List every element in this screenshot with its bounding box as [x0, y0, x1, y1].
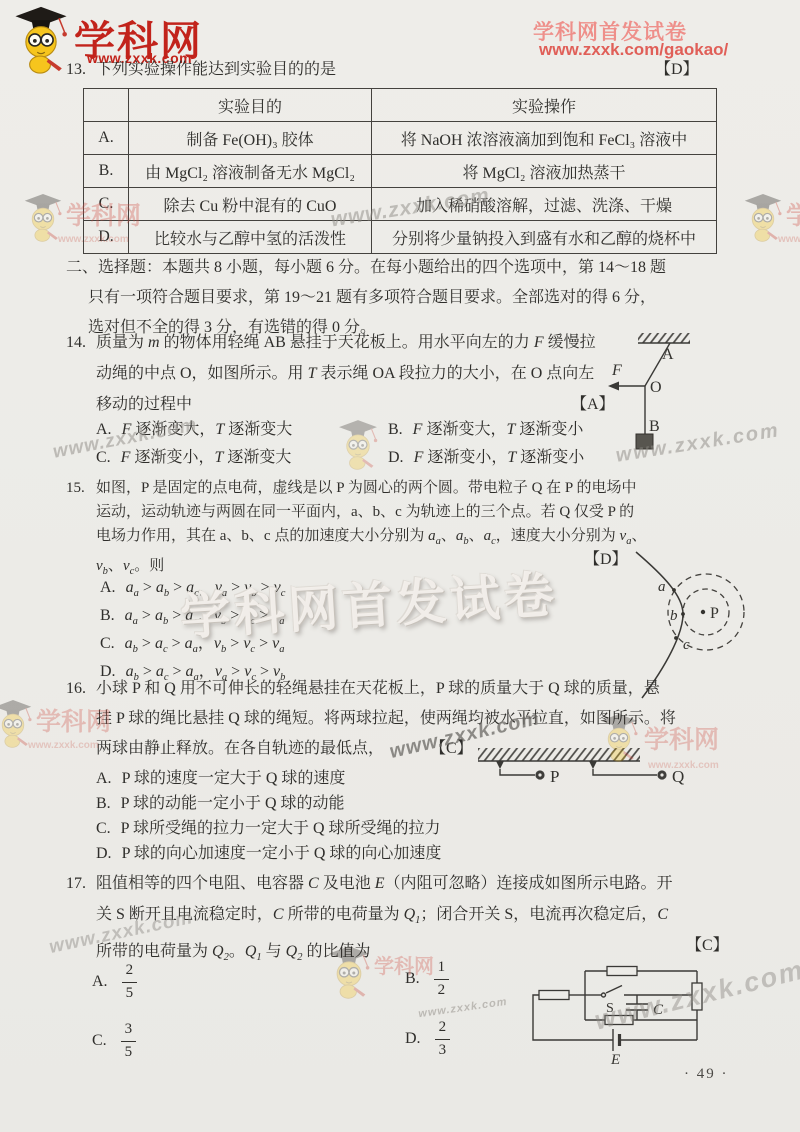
inner-dashed-circle [683, 589, 729, 635]
label-a: a [658, 579, 666, 595]
option-text: P 球的向心加速度一定小于 Q 球的向心加速度 [122, 845, 442, 862]
label-E: E [610, 1052, 620, 1068]
label-A: A [662, 346, 674, 363]
option-label: C. [96, 820, 111, 837]
q14-line: 动绳的中点 O，如图所示。用 T 表示绳 OA 段拉力的大小，在 O 点向左 [96, 358, 596, 389]
fraction: 35 [121, 1022, 137, 1060]
q17-option-c: C. 35 [92, 1022, 136, 1060]
row-operation: 将 NaOH 浓溶液滴加到饱和 FeCl₃ 溶液中 [372, 122, 717, 155]
option-label: C. [92, 1032, 107, 1050]
header-banner-url: www.zxxk.com/gaokao/ [539, 40, 728, 60]
q17-answer: 【C】 [686, 930, 729, 961]
label-P: P [550, 767, 559, 786]
label-B: B [649, 418, 660, 435]
section2-line: 只有一项符合题目要求，第 19～21 题有多项符合题目要求。全部选对的得 6 分… [88, 283, 666, 313]
option-label: B. [100, 607, 115, 624]
fraction: 25 [122, 963, 138, 1001]
option-text: P 球的速度一定大于 Q 球的速度 [122, 770, 346, 787]
q14-number: 14. [66, 327, 86, 358]
option-label: D. [96, 845, 112, 862]
row-purpose: 由 MgCl₂ 溶液制备无水 MgCl₂ [129, 155, 372, 188]
watermark-url: www.zxxk.com [778, 234, 800, 245]
q14-stem: 质量为 m 的物体用轻绳 AB 悬挂于天花板上。用水平向左的力 F 缓慢拉 动绳… [96, 327, 596, 420]
section2-line: 二、选择题：本题共 8 小题，每小题 6 分。在每小题给出的四个选项中，第 14… [66, 253, 666, 283]
q14-option-a: A.F 逐渐变大，T 逐渐变大 [96, 415, 292, 445]
watermark-brand: 学科网 [786, 196, 800, 232]
ceiling-hatch [478, 748, 640, 761]
option-label: D. [388, 449, 404, 466]
q15-number: 15. [66, 476, 85, 500]
row-operation: 分别将少量钠投入到盛有水和乙醇的烧杯中 [372, 221, 717, 254]
mascot-watermark-icon [22, 192, 64, 242]
denominator: 5 [121, 1041, 137, 1061]
watermark-cluster-top-left: 学科网 www.zxxk.com [22, 192, 64, 247]
q16-option-c: C.P 球所受绳的拉力一定大于 Q 球所受绳的拉力 [96, 816, 441, 841]
page-number: · 49 · [684, 1066, 729, 1083]
watermark-cluster-top-right: 学科网 www.zxxk.com [742, 192, 784, 247]
option-text: F 逐渐变小，T 逐渐变大 [121, 449, 292, 466]
resistor-left [539, 991, 569, 1000]
resistor-bottom [605, 1016, 633, 1025]
option-text: P 球的动能一定小于 Q 球的动能 [121, 795, 345, 812]
fraction: 23 [435, 1020, 451, 1058]
option-text: ab > ac > aa，vb > vc > va [125, 635, 285, 652]
switch-contact [602, 993, 606, 997]
q17-option-a: A. 25 [92, 963, 137, 1001]
q13-number: 13. [66, 55, 86, 85]
row-label: A. [84, 122, 129, 155]
q15-line: 如图，P 是固定的点电荷，虚线是以 P 为圆心的两个圆。带电粒子 Q 在 P 的… [96, 476, 646, 500]
numerator: 3 [121, 1022, 137, 1041]
option-label: D. [405, 1030, 421, 1048]
resistor-right [692, 983, 702, 1010]
q16-number: 16. [66, 674, 86, 704]
option-label: A. [96, 421, 112, 438]
q17-line: 关 S 断开且电流稳定时，C 所带的电荷量为 Q1；闭合开关 S，电流再次稳定后… [96, 899, 673, 936]
mascot-watermark-icon [336, 418, 380, 470]
row-label: B. [84, 155, 129, 188]
q14-figure-pendulum-rope: A F O B [600, 328, 710, 463]
ceiling-hatch [638, 333, 690, 343]
label-F: F [611, 362, 622, 379]
watermark-url: www.zxxk.com [418, 996, 509, 1020]
option-text: aa > ab > ac，vb > vc > va [125, 607, 285, 624]
label-O: O [650, 379, 662, 396]
corner-cell [84, 89, 129, 122]
option-label: C. [100, 635, 115, 652]
row-label: C. [84, 188, 129, 221]
q16-line: 小球 P 和 Q 用不可伸长的轻绳悬挂在天花板上，P 球的质量大于 Q 球的质量… [96, 674, 676, 704]
table-row-c: C. 除去 Cu 粉中混有的 CuO 加入稀硝酸溶解，过滤、洗涤、干燥 [84, 188, 717, 221]
q17-option-d: D. 23 [405, 1020, 450, 1058]
q16-answer: 【C】 [430, 734, 473, 764]
option-text: F 逐渐变大，T 逐渐变小 [413, 421, 584, 438]
table-header-row: 实验目的 实验操作 [84, 89, 717, 122]
q14-option-d: D.F 逐渐变小，T 逐渐变小 [388, 443, 584, 473]
row-operation: 将 MgCl₂ 溶液加热蒸干 [372, 155, 717, 188]
option-label: B. [388, 421, 403, 438]
q16-line: 挂 P 球的绳比悬挂 Q 球的绳短。将两球拉起，使两绳均被水平拉直，如图所示。将 [96, 704, 676, 734]
q16-option-b: B.P 球的动能一定小于 Q 球的动能 [96, 791, 345, 816]
table-row-d: D. 比较水与乙醇中氢的活泼性 分别将少量钠投入到盛有水和乙醇的烧杯中 [84, 221, 717, 254]
row-purpose: 制备 Fe(OH)₃ 胶体 [129, 122, 372, 155]
denominator: 2 [434, 979, 450, 999]
option-label: B. [405, 970, 420, 988]
watermark-mascot-mid [336, 418, 380, 475]
operation-header: 实验操作 [372, 89, 717, 122]
option-text: F 逐渐变大，T 逐渐变大 [122, 421, 293, 438]
label-S: S [606, 1001, 614, 1016]
resistor-top [607, 967, 637, 976]
q17-figure-circuit: S C E [525, 958, 775, 1078]
label-C: C [653, 1002, 664, 1018]
option-text: aa > ab > ac，va > vb > vc [126, 579, 286, 596]
numerator: 2 [435, 1020, 451, 1039]
purpose-header: 实验目的 [129, 89, 372, 122]
q16-option-a: A.P 球的速度一定大于 Q 球的速度 [96, 766, 345, 791]
row-purpose: 比较水与乙醇中氢的活泼性 [129, 221, 372, 254]
label-P: P [710, 605, 719, 622]
denominator: 5 [122, 982, 138, 1002]
zxxk-mascot-logo-icon [12, 4, 70, 74]
option-label: A. [100, 579, 116, 596]
label-Q: Q [672, 767, 684, 786]
q17-number: 17. [66, 868, 86, 899]
q14-line: 质量为 m 的物体用轻绳 AB 悬挂于天花板上。用水平向左的力 F 缓慢拉 [96, 327, 596, 358]
q15-line: 电场力作用，其在 a、b、c 点的加速度大小分别为 aa、ab、ac，速度大小分… [96, 524, 646, 554]
numerator: 1 [434, 960, 450, 979]
option-label: C. [96, 449, 111, 466]
mascot-watermark-icon [0, 698, 34, 748]
mascot-watermark-icon [742, 192, 784, 242]
exam-page: 学科网 www.zxxk.com 学科网首发试卷 www.zxxk.com/ga… [0, 0, 800, 1132]
denominator: 3 [435, 1039, 451, 1059]
row-label: D. [84, 221, 129, 254]
table-row-b: B. 由 MgCl₂ 溶液制备无水 MgCl₂ 将 MgCl₂ 溶液加热蒸干 [84, 155, 717, 188]
outer-dashed-circle [668, 574, 744, 650]
switch-lever [606, 986, 622, 994]
q13-answer: 【D】 [655, 55, 699, 85]
q15-line: 运动，运动轨迹与两圆在同一平面内，a、b、c 为轨迹上的三个点。若 Q 仅受 P… [96, 500, 646, 524]
label-b: b [670, 608, 678, 624]
q17-line: 阻值相等的四个电阻、电容器 C 及电池 E（内阻可忽略）连接成如图所示电路。开 [96, 868, 673, 899]
row-operation: 加入稀硝酸溶解，过滤、洗涤、干燥 [372, 188, 717, 221]
rope-P [500, 769, 535, 775]
q13-table: 实验目的 实验操作 A. 制备 Fe(OH)₃ 胶体 将 NaOH 浓溶液滴加到… [83, 88, 717, 254]
q17-option-b: B. 12 [405, 960, 449, 998]
numerator: 2 [122, 963, 138, 982]
q15-stem: 如图，P 是固定的点电荷，虚线是以 P 为圆心的两个圆。带电粒子 Q 在 P 的… [96, 476, 646, 584]
option-label: A. [96, 770, 112, 787]
watermark-cluster-mid-left: 学科网 www.zxxk.com [0, 698, 34, 753]
q16-option-d: D.P 球的向心加速度一定小于 Q 球的向心加速度 [96, 841, 441, 866]
option-label: A. [92, 973, 108, 991]
hanging-mass [636, 434, 653, 449]
rope-Q [593, 769, 657, 775]
table-row-a: A. 制备 Fe(OH)₃ 胶体 将 NaOH 浓溶液滴加到饱和 FeCl₃ 溶… [84, 122, 717, 155]
label-c: c [683, 637, 690, 653]
row-purpose: 除去 Cu 粉中混有的 CuO [129, 188, 372, 221]
option-text: P 球所受绳的拉力一定大于 Q 球所受绳的拉力 [121, 820, 441, 837]
fraction: 12 [434, 960, 450, 998]
q14-option-b: B.F 逐渐变大，T 逐渐变小 [388, 415, 583, 445]
q16-figure-two-pendulums: P Q [475, 742, 800, 804]
q14-option-c: C.F 逐渐变小，T 逐渐变大 [96, 443, 291, 473]
option-label: B. [96, 795, 111, 812]
watermark-url: www.zxxk.com [28, 740, 99, 751]
force-arrowhead [608, 382, 619, 391]
option-text: F 逐渐变小，T 逐渐变小 [414, 449, 585, 466]
q13-text: 下列实验操作能达到实验目的的是 [96, 55, 336, 85]
